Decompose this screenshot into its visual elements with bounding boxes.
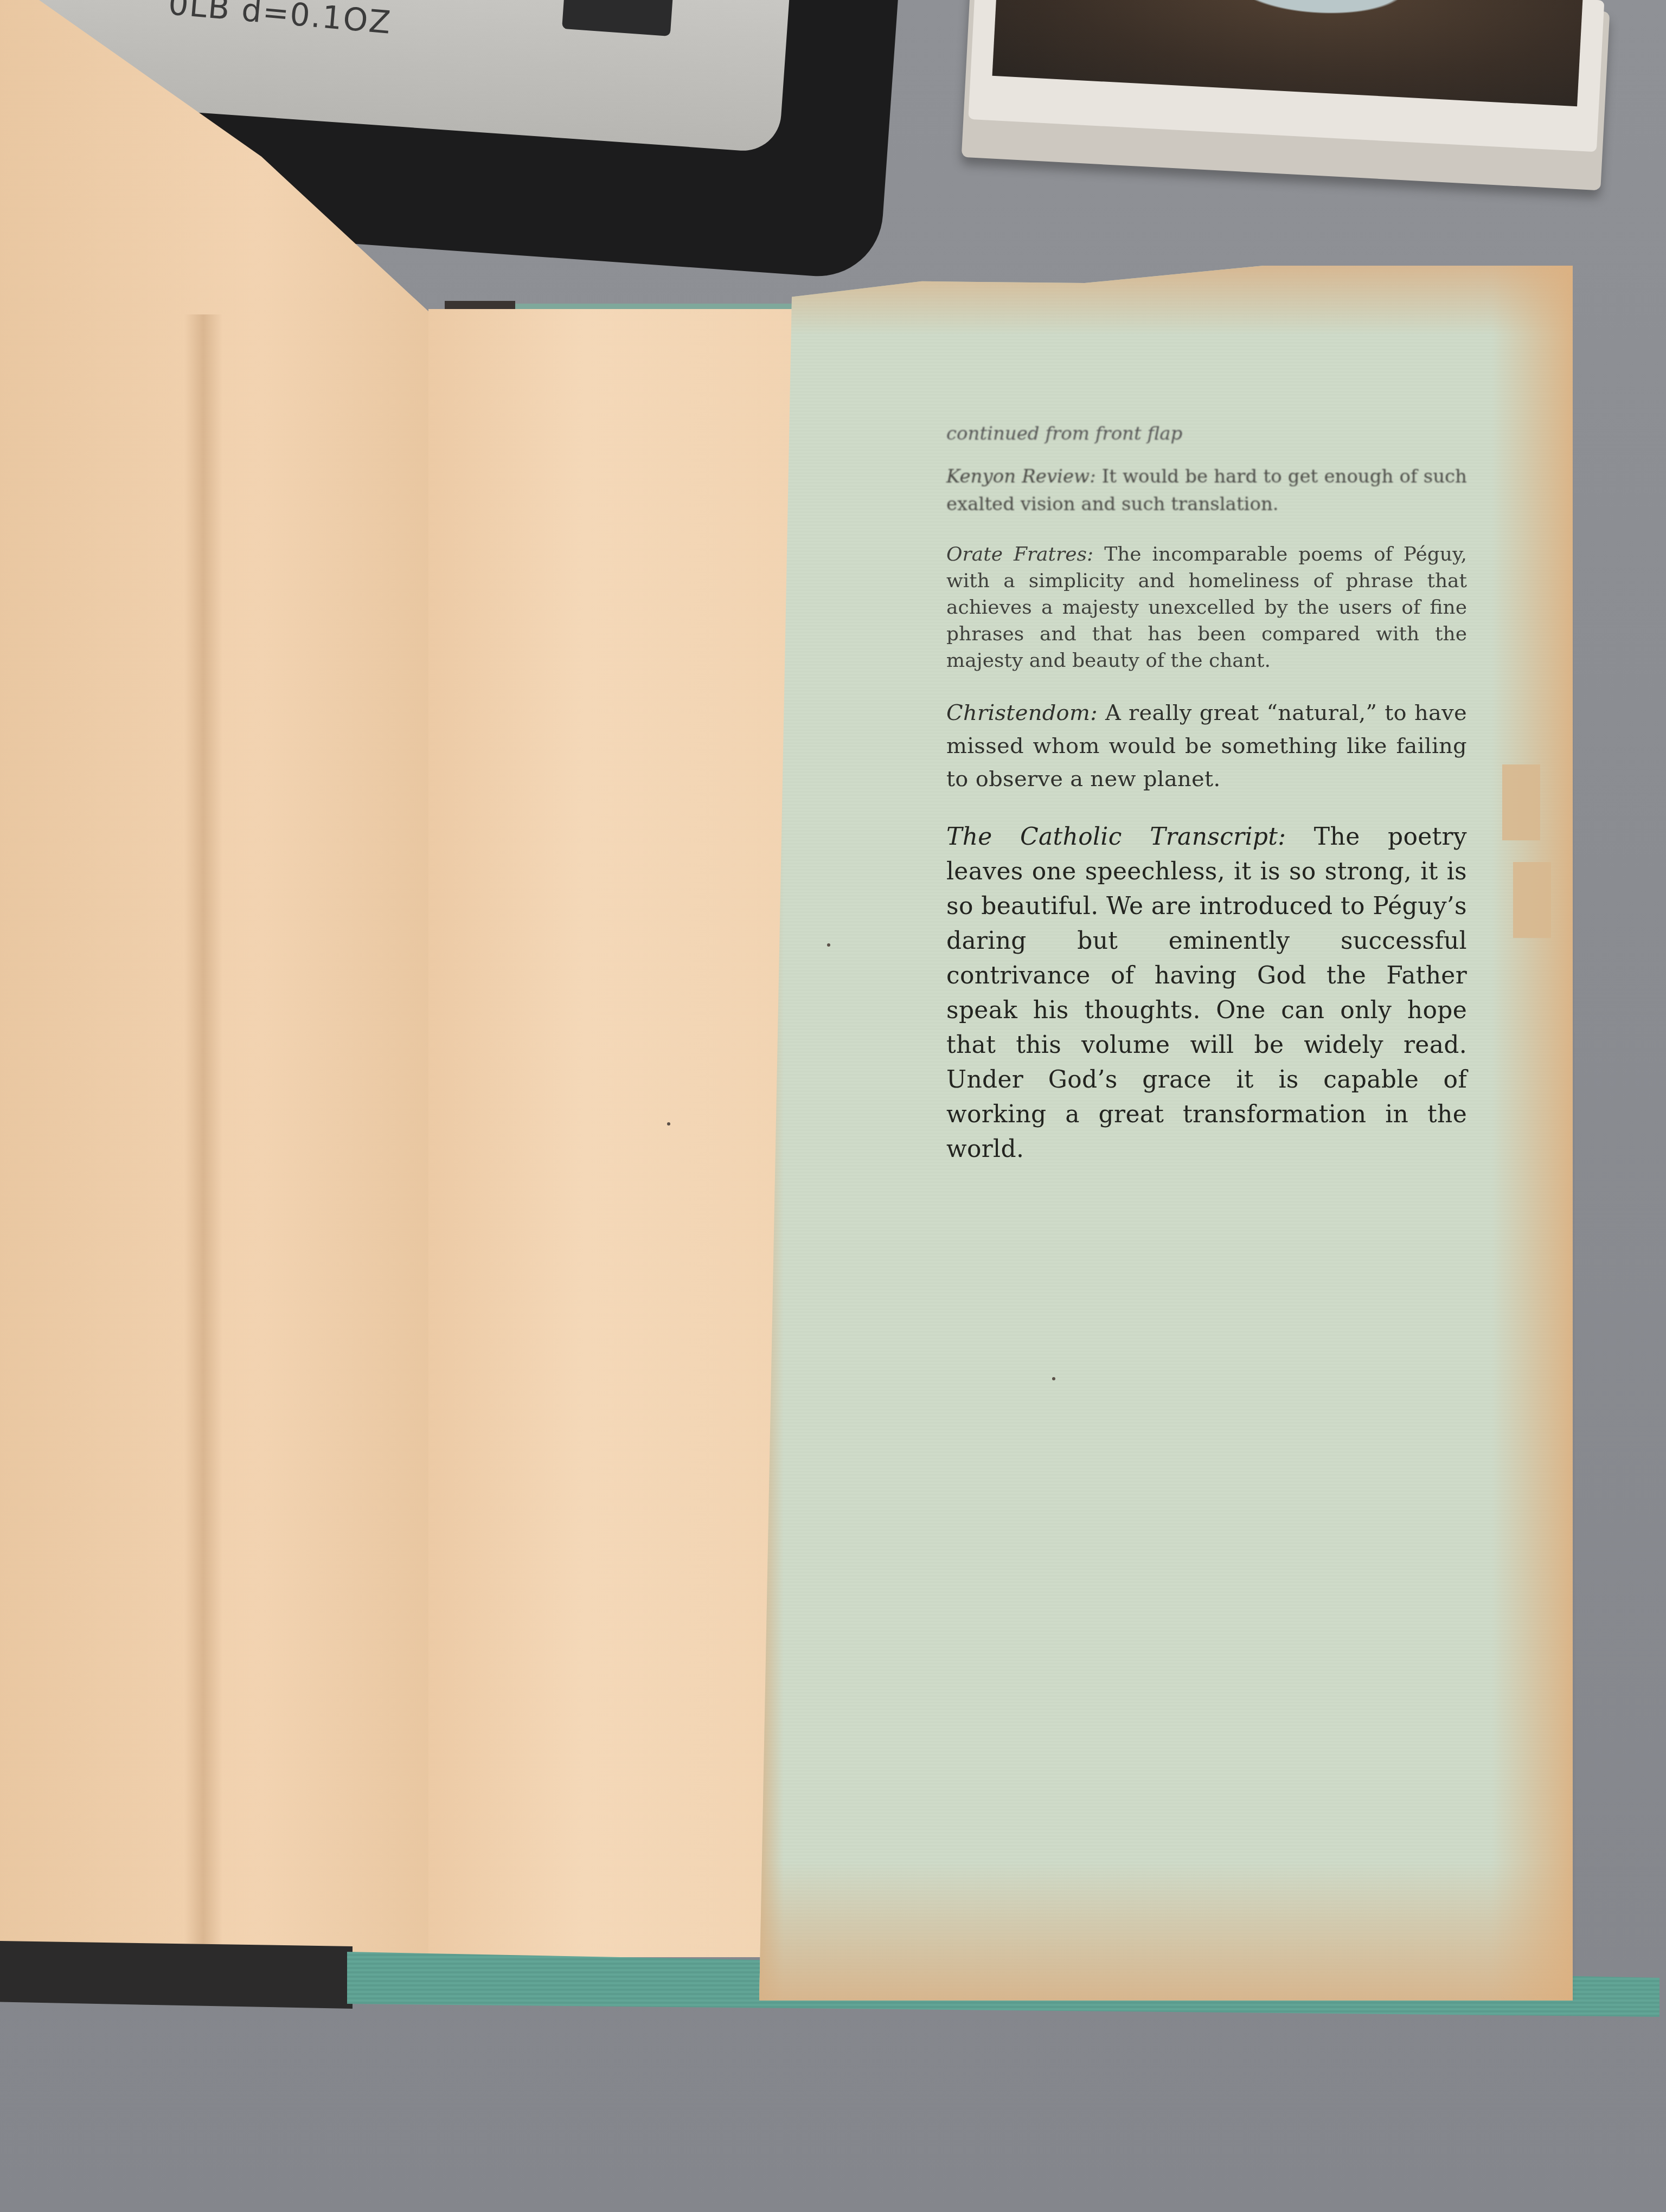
review-text: The poetry leaves one speechless, it is … xyxy=(946,823,1467,1163)
page-fold-shadow xyxy=(184,314,222,1957)
paper-speck xyxy=(667,1122,670,1126)
endpaper xyxy=(428,309,819,1957)
review-quote: Orate Fratres: The incomparable poems of… xyxy=(946,541,1467,674)
tape-piece xyxy=(1513,862,1551,938)
review-quote: The Catholic Transcript: The poetry leav… xyxy=(946,820,1467,1167)
continued-label: continued from front flap xyxy=(946,423,1467,445)
review-quote: Kenyon Review: It would be hard to get e… xyxy=(946,463,1467,518)
tape-piece xyxy=(1502,764,1540,840)
review-source: Orate Fratres: xyxy=(946,543,1093,565)
book-spine-dark xyxy=(0,1941,353,2009)
paper-speck xyxy=(1052,1377,1055,1380)
review-source: Christendom: xyxy=(946,700,1098,725)
review-source: The Catholic Transcript: xyxy=(946,823,1286,851)
flap-text-block: continued from front flap Kenyon Review:… xyxy=(946,423,1467,1189)
paper-speck xyxy=(827,943,830,947)
review-quote: Christendom: A really great “natural,” t… xyxy=(946,697,1467,796)
review-source: Kenyon Review: xyxy=(946,466,1096,487)
